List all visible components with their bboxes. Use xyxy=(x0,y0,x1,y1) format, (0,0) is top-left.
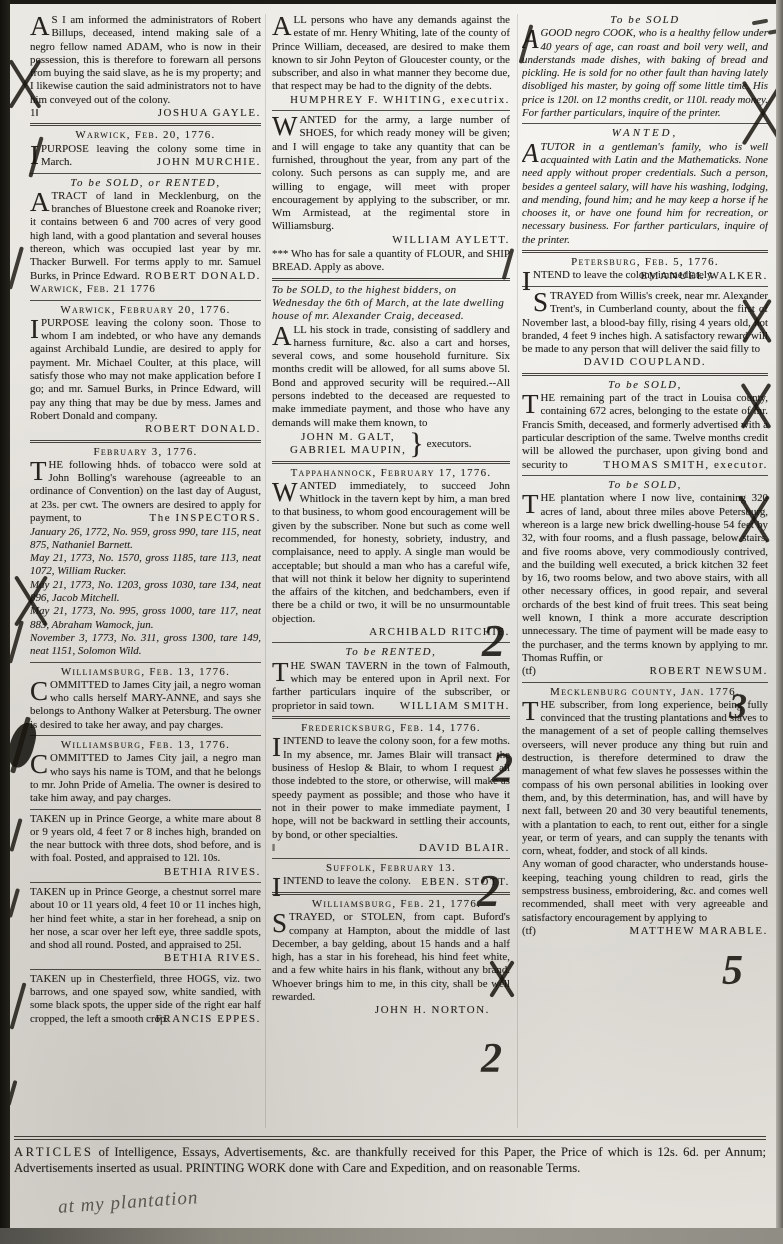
drop-cap: T xyxy=(522,492,541,516)
ad-swan-tavern: To be RENTED, THE SWAN TAVERN in the tow… xyxy=(272,642,510,713)
column-left: AS I am informed the administrators of R… xyxy=(30,14,261,1132)
ad-body: STRAYED, or STOLEN, from capt. Buford's … xyxy=(272,911,510,1004)
ad-body: STRAYED from Willis's creek, near mr. Al… xyxy=(522,290,768,356)
ad-dateline: Williamsburg, Feb. 13, 1776. xyxy=(30,739,261,752)
tf-mark: (tf) xyxy=(522,665,536,678)
ad-dateline: Warwick, Feb. 20, 1776. xyxy=(30,129,261,142)
scan-edge-left xyxy=(0,0,10,1230)
ad-body-2: Any woman of good character, who underst… xyxy=(522,858,768,924)
ad-body: COMMITTED to James City jail, a negro ma… xyxy=(30,752,261,805)
ad-negro-cook-sale: To be SOLD AGOOD negro COOK, who is a he… xyxy=(522,14,768,120)
ad-note-flour: *** Who has for sale a quantity of FLOUR… xyxy=(272,248,510,275)
ad-plantation-sale: To be SOLD, THE plantation where I now l… xyxy=(522,475,768,678)
drop-cap: S xyxy=(272,911,289,935)
ad-signature: BETHIA RIVES. xyxy=(30,952,261,965)
ink-slash-mark xyxy=(10,716,31,773)
ad-tavern-keeper-wanted: Tappahannock, February 17, 1776. WANTED … xyxy=(272,461,510,640)
ad-louisa-tract-sale: To be SOLD, THE remaining part of the tr… xyxy=(522,373,768,472)
ad-body: ATUTOR in a gentleman's family, who is w… xyxy=(522,141,768,247)
ad-signature: WILLIAM AYLETT. xyxy=(272,234,510,247)
ad-signature: HUMPHREY F. WHITING, executrix. xyxy=(272,94,510,107)
ad-dateline: Williamsburg, Feb. 21, 1776. xyxy=(272,898,510,911)
printer-mark: ‖ xyxy=(272,842,275,855)
ad-mecklenburg-land: To be SOLD, or RENTED, ATRACT of land in… xyxy=(30,173,261,297)
drop-cap: A xyxy=(30,190,52,214)
ad-taken-up-hogs: TAKEN up in Chesterfield, three HOGS, vi… xyxy=(30,969,261,1026)
ad-signature: (tf)MATTHEW MARABLE. xyxy=(522,925,768,938)
executor-names: JOHN M. GALT, GABRIEL MAUPIN, xyxy=(290,431,406,458)
ad-strayed-gelding: Williamsburg, Feb. 21, 1776. STRAYED, or… xyxy=(272,892,510,1018)
newspaper-page: AS I am informed the administrators of R… xyxy=(0,0,783,1244)
scan-edge-bottom xyxy=(0,1228,783,1244)
ad-heading: To be SOLD xyxy=(522,14,768,27)
drop-cap: T xyxy=(272,660,291,684)
column-middle: ALL persons who have any demands against… xyxy=(272,14,510,1132)
ad-walker-leaving: Petersburg, Feb. 5, 1776. INTEND to leav… xyxy=(522,250,768,283)
drop-cap: T xyxy=(522,392,541,416)
drop-cap: W xyxy=(272,480,299,504)
column-divider xyxy=(517,14,518,1128)
ad-body: IPURPOSE leaving the colony soon. Those … xyxy=(30,317,261,423)
ad-shoes-wanted-army: WANTED for the army, a large number of S… xyxy=(272,110,510,275)
printer-footer: ARTICLES of Intelligence, Essays, Advert… xyxy=(14,1136,766,1176)
printer-mark: 1‖ xyxy=(30,107,39,120)
ad-dateline: Fredericksburg, Feb. 14, 1776. xyxy=(272,722,510,735)
drop-cap: T xyxy=(522,699,541,723)
drop-cap: W xyxy=(272,114,299,138)
ad-taken-up-white-mare: TAKEN up in Prince George, a white mare … xyxy=(30,809,261,879)
ad-body: ATRACT of land in Mecklenburg, on the br… xyxy=(30,190,261,283)
ad-body: ALL persons who have any demands against… xyxy=(272,14,510,94)
ad-signature: (tf)ROBERT NEWSUM. xyxy=(522,665,768,678)
ad-body: WANTED immediately, to succeed John Whit… xyxy=(272,480,510,626)
ad-heading: To be SOLD, xyxy=(522,479,768,492)
ad-committed-tom: Williamsburg, Feb. 13, 1776. COMMITTED t… xyxy=(30,735,261,805)
ink-slash-mark xyxy=(9,818,22,852)
ad-blair-leaving: Fredericksburg, Feb. 14, 1776. IINTEND t… xyxy=(272,716,510,855)
column-divider xyxy=(265,14,266,1128)
drop-cap: S xyxy=(533,290,550,314)
ad-taken-up-sorrel-mare: TAKEN up in Prince George, a chestnut so… xyxy=(30,882,261,966)
brace-glyph: } xyxy=(406,431,426,457)
ad-signature: ROBERT DONALD. xyxy=(30,423,261,436)
handwritten-note: at my plantation xyxy=(57,1187,199,1219)
ad-signature: DAVID COUPLAND. xyxy=(522,356,768,369)
ad-dateline: Warwick, February 20, 1776. xyxy=(30,304,261,317)
ink-slash-mark xyxy=(9,982,26,1029)
ad-committed-maryanne: Williamsburg, Feb. 13, 1776. COMMITTED t… xyxy=(30,662,261,732)
ad-signature: ARCHIBALD RITCHIE. xyxy=(272,626,510,639)
scan-edge-right xyxy=(776,0,783,1230)
footer-lead: ARTICLES xyxy=(14,1145,93,1159)
ad-murchie-leaving: Warwick, Feb. 20, 1776. IPURPOSE leaving… xyxy=(30,123,261,169)
ad-body: THE subscriber, from long experience, be… xyxy=(522,699,768,859)
drop-cap: I xyxy=(30,317,41,341)
ad-body: COMMITTED to James City jail, a negro wo… xyxy=(30,679,261,732)
drop-cap: A xyxy=(522,27,541,51)
drop-cap: I xyxy=(522,269,533,293)
ad-signature: BETHIA RIVES. xyxy=(30,866,261,879)
ad-craig-estate-sale: To be SOLD, to the highest bidders, on W… xyxy=(272,278,510,458)
ad-donald-leaving: Warwick, February 20, 1776. IPURPOSE lea… xyxy=(30,300,261,437)
drop-cap: A xyxy=(272,14,294,38)
ad-dateline: February 3, 1776. xyxy=(30,446,261,459)
ad-heading: To be SOLD, or RENTED, xyxy=(30,177,261,190)
ad-dateline: Williamsburg, Feb. 13, 1776. xyxy=(30,666,261,679)
ad-tutor-wanted: WANTED, ATUTOR in a gentleman's family, … xyxy=(522,123,768,247)
ad-body: IINTEND to leave the colony soon, for a … xyxy=(272,735,510,841)
ad-body: AGOOD negro COOK, who is a healthy fello… xyxy=(522,27,768,120)
ad-tobacco-inspectors: February 3, 1776. THE following hhds. of… xyxy=(30,440,261,659)
ink-slash-mark xyxy=(8,620,24,663)
ad-strayed-filly: STRAYED from Willis's creek, near mr. Al… xyxy=(522,286,768,370)
drop-cap: C xyxy=(30,752,50,776)
ad-body: ALL his stock in trade, consisting of sa… xyxy=(272,324,510,430)
tf-mark: (tf) xyxy=(522,925,536,938)
executors-label: executors. xyxy=(427,438,472,451)
ad-body: THE plantation where I now live, contain… xyxy=(522,492,768,665)
drop-cap: I xyxy=(30,143,41,167)
ad-whiting-estate: ALL persons who have any demands against… xyxy=(272,14,510,107)
ad-marable-tenements: Mecklenburg county, Jan. 1776. THE subsc… xyxy=(522,682,768,939)
drop-cap: C xyxy=(30,679,50,703)
ad-body: WANTED for the army, a large number of S… xyxy=(272,114,510,234)
ad-signature: ‖DAVID BLAIR. xyxy=(272,842,510,855)
drop-cap: A xyxy=(30,14,52,38)
ad-stott-leaving: Suffolk, February 13. IINTEND to leave t… xyxy=(272,858,510,889)
ad-heading: To be SOLD, to the highest bidders, on W… xyxy=(272,284,510,324)
drop-cap: T xyxy=(30,459,49,483)
drop-cap: I xyxy=(272,875,283,899)
ad-billups-runaway-notice: AS I am informed the administrators of R… xyxy=(30,14,261,120)
ad-heading: To be RENTED, xyxy=(272,646,510,659)
column-right: To be SOLD AGOOD negro COOK, who is a he… xyxy=(522,14,768,1132)
ink-slash-mark xyxy=(8,246,24,289)
ad-signature: JOHN H. NORTON. xyxy=(272,1004,510,1017)
ad-dateline: Petersburg, Feb. 5, 1776. xyxy=(522,256,768,269)
scan-edge-top xyxy=(0,0,783,4)
ad-heading: WANTED, xyxy=(522,127,768,140)
drop-cap: A xyxy=(272,324,294,348)
ad-body: TAKEN up in Prince George, a chestnut so… xyxy=(30,886,261,952)
ad-signature: 1‖JOSHUA GAYLE. xyxy=(30,107,261,120)
ad-dateline-after: Warwick, Feb. 21 1776 xyxy=(30,283,261,296)
drop-cap: A xyxy=(522,141,541,165)
footer-text: of Intelligence, Essays, Advertisements,… xyxy=(14,1145,766,1175)
ad-heading: To be SOLD, xyxy=(522,379,768,392)
drop-cap: I xyxy=(272,735,283,759)
ad-dateline: Suffolk, February 13. xyxy=(272,862,510,875)
ad-body: AS I am informed the administrators of R… xyxy=(30,14,261,107)
ad-dateline: Tappahannock, February 17, 1776. xyxy=(272,467,510,480)
tobacco-hogshead-list: January 26, 1772, No. 959, gross 990, ta… xyxy=(30,526,261,659)
executors-block: JOHN M. GALT, GABRIEL MAUPIN, } executor… xyxy=(290,431,510,458)
ad-body: TAKEN up in Prince George, a white mare … xyxy=(30,813,261,866)
ad-dateline: Mecklenburg county, Jan. 1776. xyxy=(522,686,768,699)
